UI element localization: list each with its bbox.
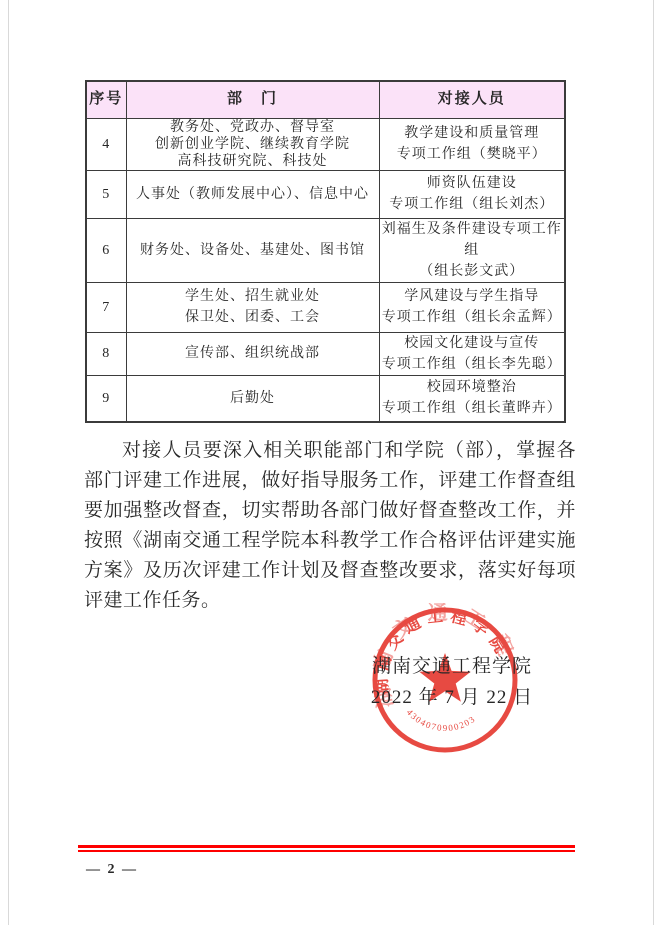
table-row: 6 财务处、设备处、基建处、图书馆 刘福生及条件建设专项工作组 （组长彭文武）	[86, 218, 565, 282]
footer-red-rule	[78, 845, 575, 852]
signature-block: 湖南交通工程学院 2022 年 7 月 22 日	[368, 651, 536, 713]
contact-table: 序号 部 门 对接人员 4 教务处、党政办、督导室 创新创业学院、继续教育学院 …	[85, 80, 566, 423]
row-dept: 财务处、设备处、基建处、图书馆	[126, 218, 379, 282]
table-row: 8 宣传部、组织统战部 校园文化建设与宣传 专项工作组（组长李先聪）	[86, 332, 565, 375]
signature-date: 2022 年 7 月 22 日	[368, 682, 536, 713]
row-contact: 教学建设和质量管理 专项工作组（樊晓平）	[379, 118, 565, 170]
row-no: 5	[86, 170, 126, 218]
row-contact: 学风建设与学生指导 专项工作组（组长余孟辉）	[379, 282, 565, 332]
row-no: 4	[86, 118, 126, 170]
table-row: 5 人事处（教师发展中心）、信息中心 师资队伍建设 专项工作组（组长刘杰）	[86, 170, 565, 218]
scan-edge-left	[8, 0, 9, 925]
header-contact: 对接人员	[379, 81, 565, 118]
row-no: 9	[86, 375, 126, 422]
table-row: 9 后勤处 校园环境整治 专项工作组（组长董晔卉）	[86, 375, 565, 422]
row-no: 7	[86, 282, 126, 332]
header-no: 序号	[86, 81, 126, 118]
row-contact: 校园文化建设与宣传 专项工作组（组长李先聪）	[379, 332, 565, 375]
row-dept: 人事处（教师发展中心）、信息中心	[126, 170, 379, 218]
row-contact: 刘福生及条件建设专项工作组 （组长彭文武）	[379, 218, 565, 282]
page-number: — 2 —	[86, 862, 138, 878]
row-dept: 教务处、党政办、督导室 创新创业学院、继续教育学院 高科技研究院、科技处	[126, 118, 379, 170]
row-no: 8	[86, 332, 126, 375]
row-dept: 后勤处	[126, 375, 379, 422]
header-dept: 部 门	[126, 81, 379, 118]
contact-table-wrapper: 序号 部 门 对接人员 4 教务处、党政办、督导室 创新创业学院、继续教育学院 …	[85, 80, 566, 423]
table-row: 4 教务处、党政办、督导室 创新创业学院、继续教育学院 高科技研究院、科技处 教…	[86, 118, 565, 170]
row-dept: 学生处、招生就业处 保卫处、团委、工会	[126, 282, 379, 332]
body-paragraph: 对接人员要深入相关职能部门和学院（部），掌握各部门评建工作进展，做好指导服务工作…	[84, 436, 576, 616]
row-dept: 宣传部、组织统战部	[126, 332, 379, 375]
signature-org: 湖南交通工程学院	[368, 651, 536, 682]
scan-edge-right	[653, 0, 654, 925]
document-page: 序号 部 门 对接人员 4 教务处、党政办、督导室 创新创业学院、继续教育学院 …	[0, 0, 658, 925]
table-row: 7 学生处、招生就业处 保卫处、团委、工会 学风建设与学生指导 专项工作组（组长…	[86, 282, 565, 332]
row-contact: 校园环境整治 专项工作组（组长董晔卉）	[379, 375, 565, 422]
row-contact: 师资队伍建设 专项工作组（组长刘杰）	[379, 170, 565, 218]
table-header-row: 序号 部 门 对接人员	[86, 81, 565, 118]
row-no: 6	[86, 218, 126, 282]
